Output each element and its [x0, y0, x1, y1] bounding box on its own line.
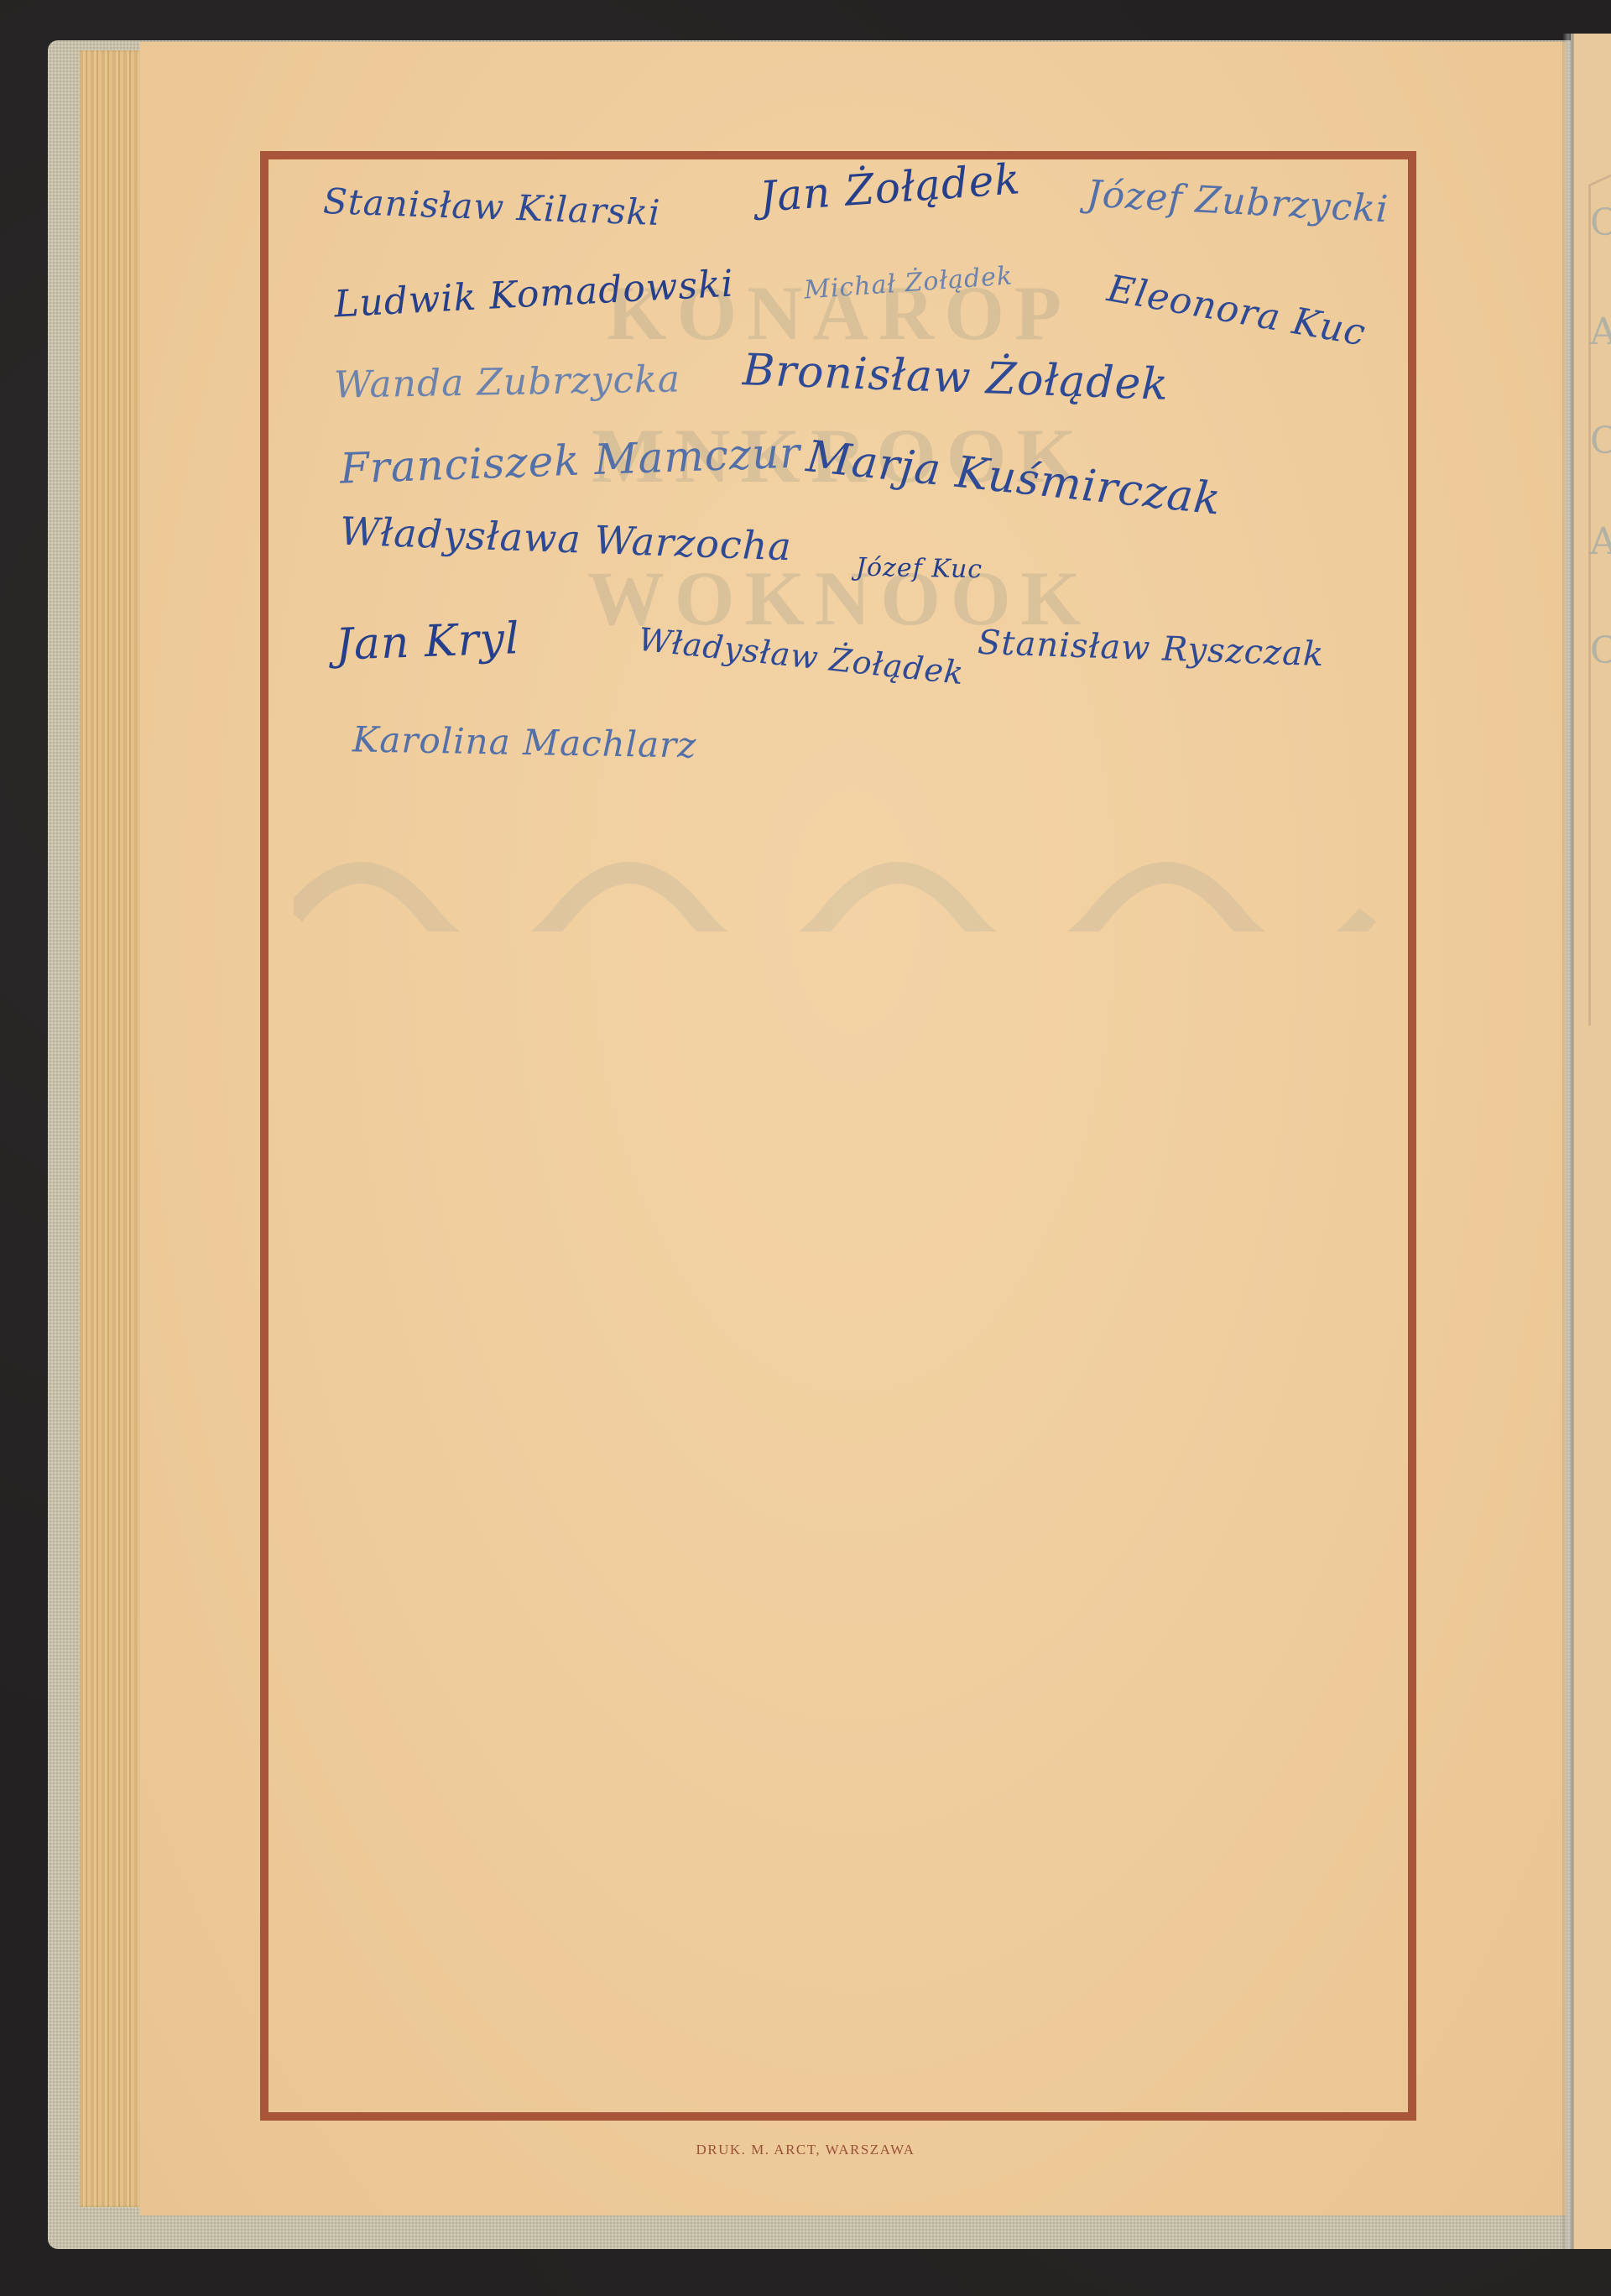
signature: Wanda Zubrzycka	[334, 357, 681, 406]
signature: Jan Kryl	[335, 613, 521, 671]
adjacent-page-glyph: C	[1590, 420, 1611, 462]
signature: Józef Kuc	[856, 553, 983, 585]
page-edges	[80, 50, 143, 2207]
adjacent-page-glyph: C	[1590, 201, 1611, 244]
adjacent-page: C A C A C	[1571, 34, 1611, 2249]
printer-imprint: DRUK. M. ARCT, WARSZAWA	[0, 2142, 1611, 2158]
page-gutter	[1562, 34, 1574, 2249]
adjacent-page-glyph: C	[1590, 629, 1611, 672]
adjacent-page-glyph: A	[1590, 310, 1611, 353]
adjacent-page-ornament	[1588, 172, 1611, 1026]
signature: Karolina Machlarz	[352, 718, 697, 765]
adjacent-page-glyph: A	[1590, 520, 1611, 563]
